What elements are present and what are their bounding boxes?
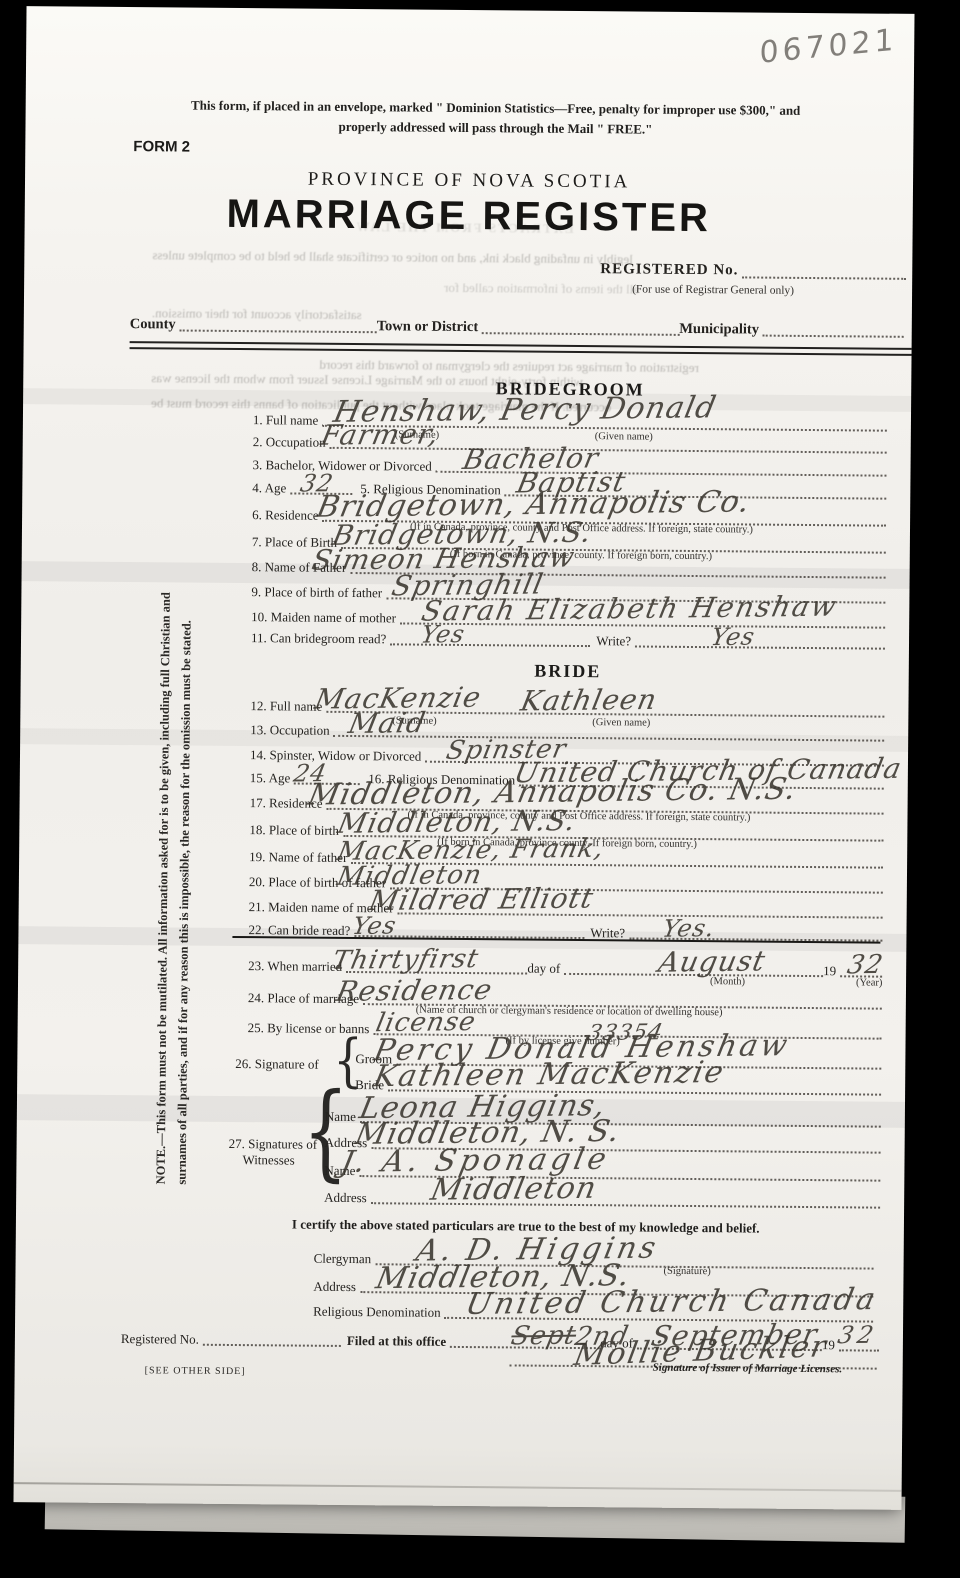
- handwriting-witness2-address: Middleton: [428, 1174, 599, 1206]
- dotted-line: [763, 335, 904, 338]
- registered-no-label: REGISTERED No.: [600, 262, 742, 280]
- form-number: FORM 2: [133, 138, 190, 155]
- location-line: County Town or District Municipality: [130, 315, 904, 340]
- handwriting-bride-occupation: Maid: [346, 709, 428, 738]
- field-bridegroom-literacy: 11. Can bridegroom read? Write? Yes Yes: [251, 628, 885, 652]
- dotted-line: [482, 332, 679, 336]
- dotted-line: [635, 645, 885, 649]
- field-label: 3. Bachelor, Widower or Divorced: [252, 458, 435, 475]
- field-label: 10. Maiden name of mother: [251, 610, 400, 626]
- handwriting-bridegroom-can-read: Yes: [419, 622, 467, 646]
- filed-label: Filed at this office: [341, 1334, 450, 1350]
- catalog-number: 067021: [759, 22, 897, 70]
- county-label: County: [130, 317, 180, 334]
- write-label: Write?: [590, 634, 635, 649]
- field-bridegroom-mother: 10. Maiden name of mother Sarah Elizabet…: [251, 607, 885, 631]
- clergyman-label: Clergyman: [314, 1252, 376, 1268]
- handwriting-bride-signature: Kathleen MacKenzie: [371, 1058, 727, 1092]
- registered-no-line: REGISTERED No.: [600, 261, 906, 282]
- dotted-line: [180, 330, 377, 334]
- handwriting-bride-mother: Mildred Elliott: [367, 884, 597, 915]
- handwriting-marriage-month: August: [656, 947, 768, 976]
- handwriting-bridegroom-occupation: Farmer,: [319, 420, 442, 449]
- address-label: Address: [313, 1280, 360, 1295]
- day-of-label: day of: [527, 962, 564, 977]
- handwriting-marriage-day: Thirtyfirst: [330, 946, 481, 974]
- bleedthrough-text: all the items of information called for: [444, 280, 639, 298]
- handwriting-place-of-marriage: Residence: [334, 976, 495, 1006]
- address-label: Address: [324, 1191, 371, 1206]
- handwriting-filed-year: 32: [836, 1323, 880, 1347]
- section-title-bride: BRIDE: [251, 658, 885, 685]
- document-page: EXTRACTS FROM THE LAW legibly in unfadin…: [13, 6, 914, 1510]
- field-witness2-address: Address Middleton: [324, 1188, 880, 1211]
- sub-label-signature: (Signature): [663, 1266, 710, 1277]
- field-witness2-name: Name J. A. Sponagle: [324, 1161, 880, 1184]
- name-label: Name: [325, 1110, 360, 1125]
- field-label: 9. Place of birth of father: [251, 585, 386, 601]
- see-other-side: [SEE OTHER SIDE]: [145, 1365, 246, 1377]
- field-bride-full-name: 12. Full name MacKenzie Kathleen: [250, 696, 884, 720]
- year-prefix: 19: [823, 964, 840, 979]
- dotted-line: [839, 1349, 879, 1351]
- sub-label-month: (Month): [710, 976, 745, 987]
- fold-line: [14, 1482, 902, 1492]
- field-label: 14. Spinster, Widow or Divorced: [250, 748, 425, 765]
- municipality-label: Municipality: [679, 321, 763, 338]
- handwriting-bridegroom-mother: Sarah Elizabeth Henshaw: [419, 593, 840, 626]
- field-bridegroom-father: 8. Name of Father Simeon Henshaw: [252, 557, 886, 581]
- handwriting-clergyman-denomination: United Church Canada: [463, 1285, 880, 1320]
- margin-note: NOTE.—This form must not be mutilated. A…: [151, 550, 198, 1184]
- dotted-line: [203, 1344, 341, 1347]
- field-bride-mother: 21. Maiden name of mother Mildred Elliot…: [249, 897, 883, 921]
- handwriting-bridegroom-can-write: Yes: [709, 625, 757, 649]
- denomination-label: Religious Denomination: [313, 1305, 445, 1321]
- field-label: 15. Age: [250, 771, 295, 786]
- handwriting-bride-can-read: Yes: [350, 914, 398, 938]
- sub-label-year: (Year): [856, 977, 882, 988]
- double-rule: [130, 341, 912, 356]
- scanned-marriage-register: { "page": { "catalog_number": "067021", …: [0, 0, 960, 1578]
- registered-no-label: Registered No.: [121, 1332, 203, 1348]
- handwriting-filed-month-struck: Sept: [509, 1323, 579, 1350]
- handwriting-bride-given-name: Kathleen: [518, 686, 659, 716]
- mail-notice: This form, if placed in an envelope, mar…: [145, 95, 845, 140]
- field-label: 11. Can bridegroom read?: [251, 631, 390, 647]
- field-label: 6. Residence: [252, 508, 323, 524]
- town-district-label: Town or District: [377, 319, 483, 336]
- field-label: 4. Age: [252, 481, 290, 496]
- handwriting-bride-can-write: Yes.: [660, 916, 717, 941]
- registered-no-note: (For use of Registrar General only): [632, 283, 794, 296]
- handwriting-bride-birthplace: Middleton, N.S.: [335, 807, 578, 838]
- issuer-signature-caption: Signature of Issuer of Marriage Licenses…: [653, 1362, 843, 1376]
- field-label: 13. Occupation: [250, 723, 334, 739]
- dotted-line: [742, 276, 906, 279]
- handwriting-marriage-year: 32: [845, 952, 885, 978]
- bleedthrough-text: legibly in unfading black ink, and no no…: [152, 247, 633, 267]
- field-label: 1. Full name: [253, 413, 322, 429]
- page-title: MARRIAGE REGISTER: [25, 190, 913, 243]
- field-label: 18. Place of birth: [249, 823, 343, 839]
